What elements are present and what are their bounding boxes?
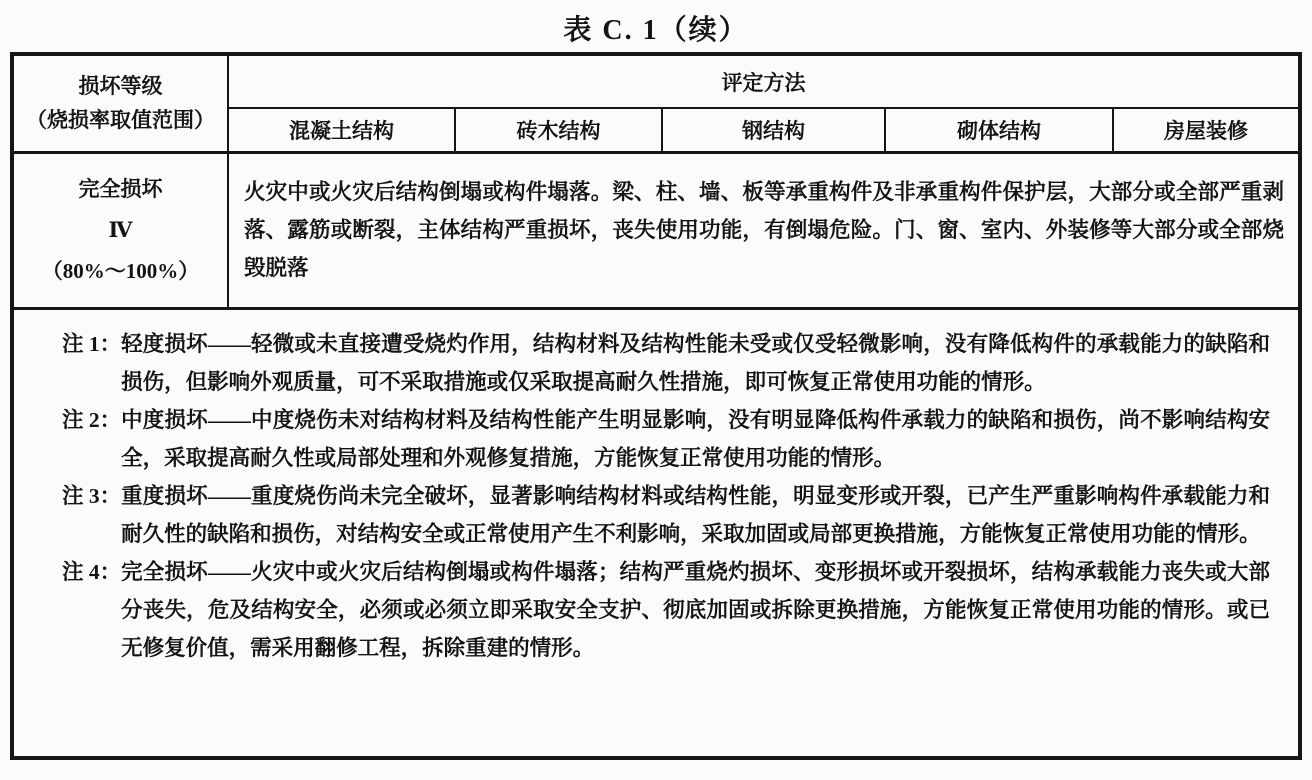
note-2-text: 中度损坏——中度烧伤未对结构材料及结构性能产生明显影响，没有明显降低构件承载力的… — [121, 401, 1270, 477]
notes-row: 注 1： 轻度损坏——轻微或未直接遭受烧灼作用，结构材料及结构性能未受或仅受轻微… — [12, 308, 1300, 758]
document-page: 表 C. 1（续） 损坏等级 （烧损率取值范围） 评定方法 混凝土结构 砖木结构… — [0, 0, 1312, 780]
evaluation-method-header-cell: 评定方法 — [228, 54, 1300, 108]
note-3-text: 重度损坏——重度烧伤尚未完全破坏，显著影响结构材料或结构性能，明显变形或开裂，已… — [121, 477, 1270, 553]
note-2: 注 2： 中度损坏——中度烧伤未对结构材料及结构性能产生明显影响，没有明显降低构… — [62, 401, 1270, 477]
note-1-text: 轻度损坏——轻微或未直接遭受烧灼作用，结构材料及结构性能未受或仅受轻微影响，没有… — [121, 325, 1270, 401]
structure-type-header-concrete: 混凝土结构 — [228, 108, 455, 152]
damage-grade-table: 损坏等级 （烧损率取值范围） 评定方法 混凝土结构 砖木结构 钢结构 砌体结构 … — [10, 52, 1302, 760]
note-2-label: 注 2： — [62, 401, 121, 439]
document-title: 表 C. 1（续） — [0, 0, 1312, 52]
grade-cell: 完全损坏 Ⅳ （80%～100%） — [12, 152, 228, 308]
note-1: 注 1： 轻度损坏——轻微或未直接遭受烧灼作用，结构材料及结构性能未受或仅受轻微… — [62, 325, 1270, 401]
structure-type-header-brick-wood: 砖木结构 — [455, 108, 662, 152]
structure-type-header-steel: 钢结构 — [662, 108, 885, 152]
grade-description-cell: 火灾中或火灾后结构倒塌或构件塌落。梁、柱、墙、板等承重构件及非承重构件保护层，大… — [228, 152, 1300, 308]
note-1-label: 注 1： — [62, 325, 121, 363]
notes-cell: 注 1： 轻度损坏——轻微或未直接遭受烧灼作用，结构材料及结构性能未受或仅受轻微… — [12, 308, 1300, 758]
damage-grade-header-cell: 损坏等级 （烧损率取值范围） — [12, 54, 228, 152]
structure-type-header-masonry: 砌体结构 — [885, 108, 1113, 152]
header-row-1: 损坏等级 （烧损率取值范围） 评定方法 — [12, 54, 1300, 108]
note-3: 注 3： 重度损坏——重度烧伤尚未完全破坏，显著影响结构材料或结构性能，明显变形… — [62, 477, 1270, 553]
note-4-label: 注 4： — [62, 553, 121, 591]
structure-type-header-decoration: 房屋装修 — [1113, 108, 1300, 152]
note-4: 注 4： 完全损坏——火灾中或火灾后结构倒塌或构件塌落；结构严重烧灼损坏、变形损… — [62, 553, 1270, 667]
note-3-label: 注 3： — [62, 477, 121, 515]
note-4-text: 完全损坏——火灾中或火灾后结构倒塌或构件塌落；结构严重烧灼损坏、变形损坏或开裂损… — [121, 553, 1270, 667]
data-row-complete-damage: 完全损坏 Ⅳ （80%～100%） 火灾中或火灾后结构倒塌或构件塌落。梁、柱、墙… — [12, 152, 1300, 308]
